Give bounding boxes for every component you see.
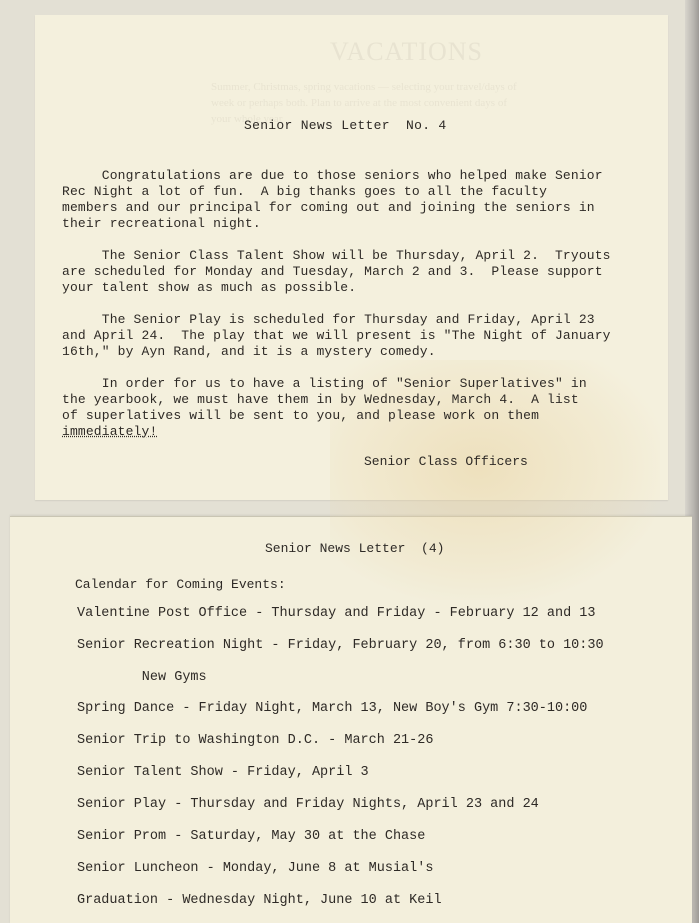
calendar-event: Graduation - Wednesday Night, June 10 at… — [77, 893, 442, 908]
calendar-event: Valentine Post Office - Thursday and Fri… — [77, 606, 595, 621]
bleed-through-line: Summer, Christmas, spring vacations — se… — [211, 81, 517, 93]
bleed-through-heading: VACATIONS — [330, 37, 483, 67]
calendar-heading: Calendar for Coming Events: — [75, 577, 286, 592]
calendar-event: Senior Trip to Washington D.C. - March 2… — [77, 733, 433, 748]
paragraph-superlatives: In order for us to have a listing of "Se… — [62, 376, 622, 424]
paragraph-talent-show: The Senior Class Talent Show will be Thu… — [62, 248, 622, 296]
calendar-event: Senior Prom - Saturday, May 30 at the Ch… — [77, 829, 425, 844]
calendar-page-title: Senior News Letter (4) — [265, 541, 444, 556]
bleed-through-line: week or perhaps both. Plan to arrive at … — [211, 97, 507, 109]
calendar-event: Senior Talent Show - Friday, April 3 — [77, 765, 369, 780]
calendar-event: Senior Recreation Night - Friday, Februa… — [77, 638, 604, 653]
paragraph-rec-night: Congratulations are due to those seniors… — [62, 168, 622, 232]
signature: Senior Class Officers — [364, 454, 528, 469]
calendar-event: Senior Luncheon - Monday, June 8 at Musi… — [77, 861, 433, 876]
calendar-event: Spring Dance - Friday Night, March 13, N… — [77, 701, 587, 716]
calendar-event-location: New Gyms — [77, 670, 207, 685]
closing-word: immediately! — [62, 424, 622, 440]
calendar-event: Senior Play - Thursday and Friday Nights… — [77, 797, 539, 812]
paragraph-senior-play: The Senior Play is scheduled for Thursda… — [62, 312, 622, 360]
page-title: Senior News Letter No. 4 — [244, 118, 447, 133]
